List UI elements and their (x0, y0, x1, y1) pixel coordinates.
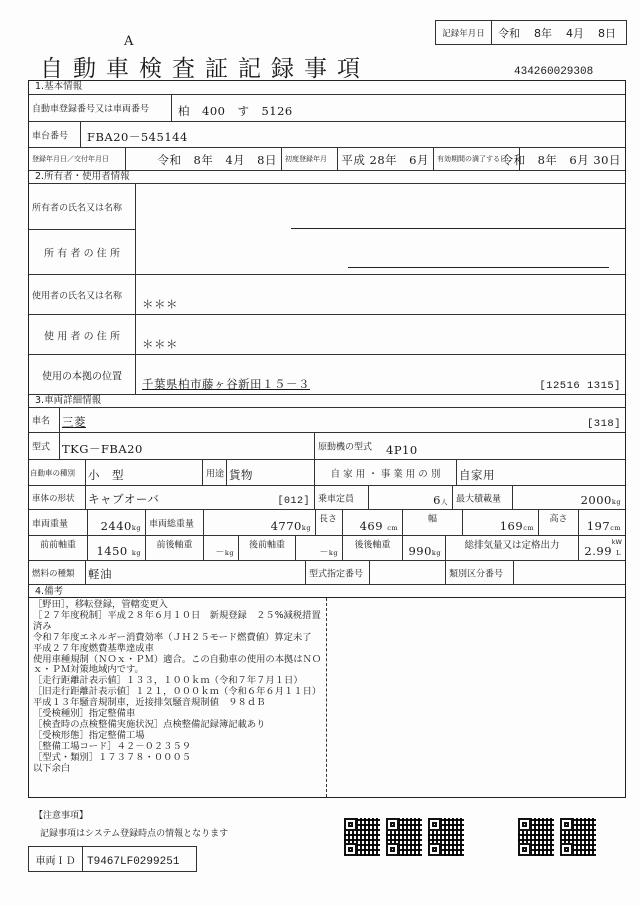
width-label: 幅 (403, 511, 462, 524)
dates-row: 登録年月日／交付年月日 令和 8年 4月 8日 初度登録年月 平成 28年 6月… (29, 147, 625, 170)
body-shape-value: キャブオーバ (88, 491, 159, 507)
document-title: 自動車検査証記録事項 (40, 50, 370, 83)
body-shape-label: 車体の形状 (32, 492, 75, 504)
section3-heading: 3.車両詳細情報 (29, 394, 625, 407)
remarks-area: ［野田］，移転登録，管轄変更入［２７年度税制］平成２８年６月１０日 新規登録 ２… (29, 597, 625, 797)
remarks-line: 令和７年度エネルギー消費効率（ＪＨ２５モード燃費値）算定未了 (33, 633, 323, 644)
make-row: 車名 三菱 [318] (29, 407, 625, 432)
weight-row: 車両重量 2440kg 車両総重量 4770kg 長さ 469 cm 幅 169… (29, 509, 625, 535)
make-value: 三菱 (62, 414, 86, 430)
reg-number-row: 自動車登録番号又は車両番号 柏 400 す 5126 (29, 94, 625, 121)
fr-axle-value: －kg (215, 545, 234, 558)
user-name-value: ＊＊＊ (142, 296, 178, 312)
height-value: 197cm (587, 519, 621, 533)
ff-axle-value: 1450 kg (96, 544, 141, 558)
expiry-value: 令和 8年 6月 30日 (502, 152, 621, 168)
record-date-value: 令和 8年 4月 8日 (492, 21, 626, 44)
fuel-row: 燃料の種類 軽油 型式指定番号 類別区分番号 (29, 560, 625, 584)
record-date-box: 記録年月日 令和 8年 4月 8日 (435, 20, 627, 45)
section2-heading: 2.所有者・使用者情報 (29, 170, 625, 183)
max-load-label: 最大積載量 (456, 491, 501, 504)
weight-label: 車両重量 (32, 516, 68, 529)
section1-heading: 1.基本情報 (29, 81, 625, 94)
redaction-mark (348, 267, 609, 268)
base-location-value: 千葉県柏市藤ヶ谷新田１５－３ (142, 376, 310, 392)
qr-code-3 (428, 818, 464, 856)
usage-type-label: 自 家 用 ・ 事 業 用 の 別 (315, 466, 456, 480)
make-label: 車名 (32, 414, 50, 427)
purpose-label: 用途 (206, 466, 224, 479)
owner-address-row: 所 有 者 の 住 所 (29, 229, 625, 274)
expiry-label: 有効期間の満了する日 (437, 154, 507, 164)
model-value: TKG－FBA20 (62, 441, 143, 457)
engine-value: 4P10 (386, 443, 418, 457)
model-label: 型式 (32, 440, 50, 453)
gross-weight-value: 4770kg (271, 519, 311, 533)
body-shape-code: [012] (277, 496, 310, 507)
form-mark: A (124, 34, 133, 49)
section4-heading: 4.備考 (29, 584, 625, 597)
chassis-label: 車台番号 (32, 128, 68, 141)
length-value: 469 cm (360, 519, 398, 533)
vehicle-class-label: 自動車の種別 (30, 467, 75, 478)
model-row: 型式 TKG－FBA20 原動機の型式 4P10 (29, 432, 625, 459)
remarks-line: 平成２７年度燃費基準達成車 (33, 644, 323, 655)
base-location-label: 使用の本拠の位置 (29, 367, 135, 382)
weight-value: 2440kg (101, 519, 141, 533)
owner-address-label: 所 有 者 の 住 所 (29, 245, 135, 260)
record-date-label: 記録年月日 (436, 21, 492, 44)
vehicle-id-value: T9467LF0299251 (83, 847, 196, 871)
gross-weight-label: 車両総重量 (149, 516, 194, 529)
qr-code-5 (560, 818, 596, 856)
rr-axle-label: 後後軸重 (343, 538, 402, 551)
usage-type-value: 自家用 (459, 467, 495, 483)
document-number: 434260029308 (514, 66, 593, 78)
body-row: 車体の形状 キャブオーバ [012] 乗車定員 6人 最大積載量 2000kg (29, 485, 625, 509)
capacity-value: 6人 (433, 493, 448, 507)
category-label: 類別区分番号 (449, 566, 503, 579)
qr-code-2 (386, 818, 422, 856)
user-name-label: 使用者の氏名又は名称 (32, 288, 122, 301)
width-value: 169cm (500, 519, 534, 533)
base-location-row: 使用の本拠の位置 千葉県柏市藤ヶ谷新田１５－３ [12516 1315] (29, 354, 625, 394)
reg-number-label: 自動車登録番号又は車両番号 (32, 102, 149, 115)
notes-text: 記録事項はシステム登録時点の情報となります (40, 826, 228, 839)
vehicle-class-value: 小 型 (88, 467, 124, 483)
displacement-value: 2.99 L (584, 544, 621, 558)
inspection-record-form: 1.基本情報 自動車登録番号又は車両番号 柏 400 す 5126 車台番号 F… (28, 80, 626, 798)
remarks-line: ［２７年度税制］平成２８年６月１０日 新規登録 ２５%減税措置 (33, 611, 323, 622)
user-name-row: 使用者の氏名又は名称 ＊＊＊ (29, 274, 625, 314)
fuel-value: 軽油 (88, 566, 112, 582)
user-address-row: 使 用 者 の 住 所 ＊＊＊ (29, 314, 625, 354)
height-label: 高さ (539, 511, 578, 524)
type-designation-label: 型式指定番号 (309, 566, 363, 579)
rf-axle-value: －kg (319, 545, 338, 558)
owner-name-label: 所有者の氏名又は名称 (32, 200, 122, 213)
user-address-value: ＊＊＊ (142, 336, 178, 352)
chassis-row: 車台番号 FBA20－545144 (29, 121, 625, 147)
length-label: 長さ (319, 511, 337, 524)
first-reg-value: 平成 28年 6月 (341, 152, 429, 168)
fuel-label: 燃料の種類 (32, 567, 75, 579)
remarks-divider (326, 598, 327, 797)
reg-date-label: 登録年月日／交付年月日 (32, 154, 109, 164)
engine-label: 原動機の型式 (318, 440, 372, 453)
axle-row: 前前軸重 1450 kg 前後軸重 －kg 後前軸重 －kg 後後軸重 990k… (29, 535, 625, 560)
notes-heading: 【注意事項】 (34, 808, 88, 821)
reg-date-value: 令和 8年 4月 8日 (158, 152, 277, 168)
vehicle-id-box: 車両ＩＤ T9467LF0299251 (28, 846, 197, 872)
fr-axle-label: 前後軸重 (146, 538, 203, 551)
ff-axle-label: 前前軸重 (29, 538, 87, 551)
vehicle-id-label: 車両ＩＤ (29, 847, 83, 871)
owner-name-row: 所有者の氏名又は名称 (29, 183, 625, 229)
remarks-line: 以下余白 (33, 764, 323, 775)
make-code: [318] (587, 418, 621, 430)
purpose-value: 貨物 (229, 467, 253, 483)
rf-axle-label: 後前軸重 (239, 538, 295, 551)
remarks-line: ［型式・類別］１７３７８・０００５ (33, 753, 323, 764)
rr-axle-value: 990kg (408, 544, 441, 558)
user-address-label: 使 用 者 の 住 所 (29, 327, 135, 342)
capacity-label: 乗車定員 (318, 491, 354, 504)
displacement-label: 総排気量又は定格出力 (446, 537, 578, 551)
max-load-value: 2000kg (581, 493, 621, 507)
qr-code-4 (518, 818, 554, 856)
first-reg-label: 初度登録年月 (285, 154, 327, 164)
qr-code-1 (344, 818, 380, 856)
base-location-code: [12516 1315] (539, 380, 621, 392)
class-row: 自動車の種別 小 型 用途 貨物 自 家 用 ・ 事 業 用 の 別 自家用 (29, 459, 625, 485)
reg-number-value: 柏 400 す 5126 (178, 103, 293, 119)
chassis-value: FBA20－545144 (87, 129, 188, 145)
remarks-text: ［野田］，移転登録，管轄変更入［２７年度税制］平成２８年６月１０日 新規登録 ２… (33, 600, 323, 775)
